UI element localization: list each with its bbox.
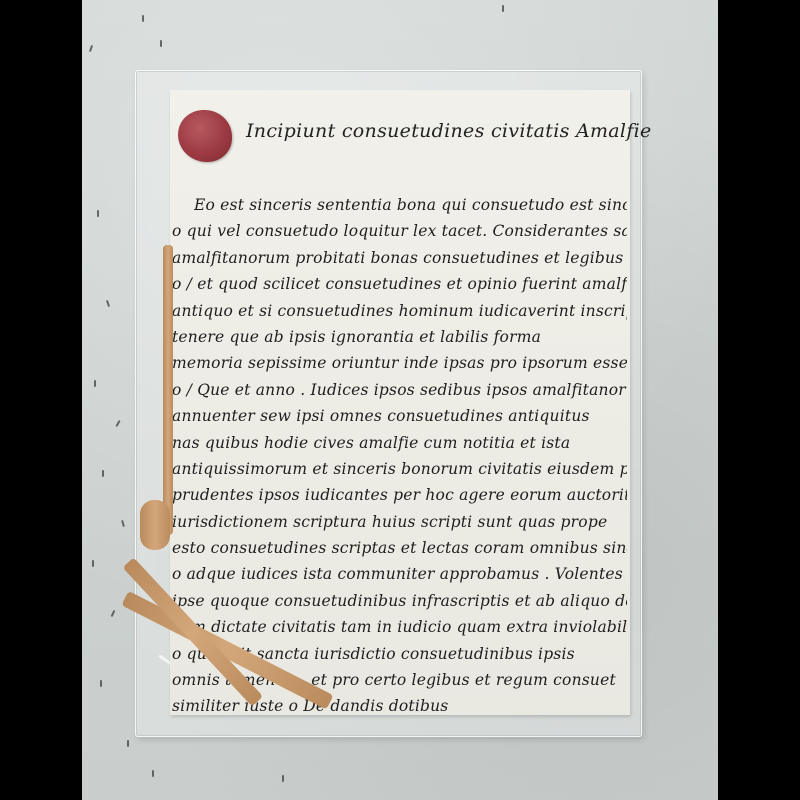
leather-cord-knot <box>140 500 170 550</box>
manuscript-line: o qui vel consuetudo loquitur lex tacet.… <box>172 218 627 244</box>
letterbox-left <box>0 0 82 800</box>
manuscript-line: cum dictate civitatis tam in iudicio qua… <box>172 614 627 640</box>
surface-speck <box>152 770 154 777</box>
manuscript-line: prudentes ipsos iudicantes per hoc agere… <box>172 482 627 508</box>
surface-speck <box>127 740 129 747</box>
manuscript-line: similiter iuste o De dandis dotibus <box>172 693 627 719</box>
manuscript-line: amalfitanorum probitati bonas consuetudi… <box>172 245 627 271</box>
surface-speck <box>502 5 504 12</box>
manuscript-title: Incipiunt consuetudines civitatis Amalfi… <box>246 120 652 142</box>
manuscript-line: esto consuetudines scriptas et lectas co… <box>172 535 627 561</box>
manuscript-line: o / et quod scilicet consuetudines et op… <box>172 271 627 297</box>
manuscript-line: Eo est sinceris sententia bona qui consu… <box>172 192 627 218</box>
surface-speck <box>160 40 162 47</box>
manuscript-line: ipse quoque consuetudinibus infrascripti… <box>172 588 627 614</box>
surface-speck <box>89 45 93 52</box>
manuscript-line: antiquissimorum et sinceris bonorum civi… <box>172 456 627 482</box>
surface-speck <box>106 300 110 307</box>
surface-speck <box>121 520 125 527</box>
surface-speck <box>111 610 116 617</box>
wax-seal <box>178 110 232 162</box>
manuscript-line: o / Que et anno . Iudices ipsos sedibus … <box>172 377 627 403</box>
manuscript-line: antiquo et si consuetudines hominum iudi… <box>172 298 627 324</box>
surface-speck <box>282 775 284 782</box>
surface-speck <box>115 420 120 427</box>
letterbox-right <box>718 0 800 800</box>
manuscript-line: iurisdictionem scriptura huius scripti s… <box>172 509 627 535</box>
surface-speck <box>142 15 144 22</box>
manuscript-line: annuenter sew ipsi omnes consuetudines a… <box>172 403 627 429</box>
manuscript-line: o adque iudices ista communiter approbam… <box>172 561 627 587</box>
surface-speck <box>97 210 99 217</box>
manuscript-line: nas quibus hodie cives amalfie cum notit… <box>172 430 627 456</box>
manuscript-line: memoria sepissime oriuntur inde ipsas pr… <box>172 350 627 376</box>
surface-speck <box>94 380 96 387</box>
manuscript-line: tenere que ab ipsis ignorantia et labili… <box>172 324 627 350</box>
leather-cord-vertical <box>163 245 173 535</box>
manuscript-body: Eo est sinceris sententia bona qui consu… <box>172 192 627 720</box>
surface-speck <box>100 680 102 687</box>
surface-speck <box>92 560 94 567</box>
surface-speck <box>102 470 104 477</box>
